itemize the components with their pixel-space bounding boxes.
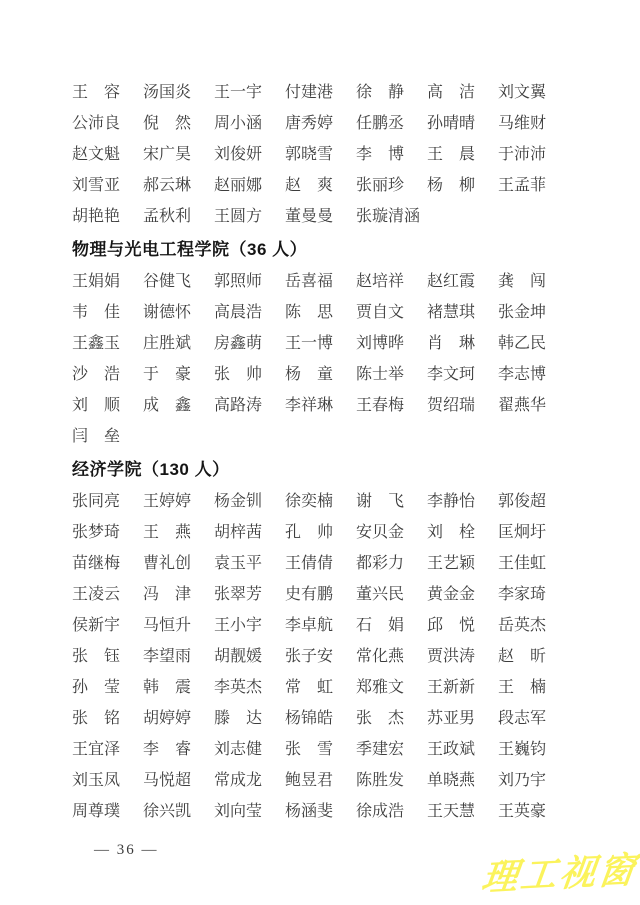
student-name: 贾洪涛 (427, 643, 475, 666)
student-name: 李睿 (143, 736, 191, 759)
student-name: 汤国炎 (143, 79, 191, 102)
student-name: 刘博晔 (356, 330, 404, 353)
student-name: 王容 (72, 79, 120, 102)
name-row: 胡艳艳孟秋利王圆方董曼曼张璇清涵 (72, 199, 640, 230)
student-name: 王娟娟 (72, 268, 120, 291)
student-name: 刘俊妍 (214, 141, 262, 164)
document-page: 王容汤国炎王一宇付建港徐静高洁刘文翼公沛良倪然周小涵唐秀婷任鹏丞孙晴晴马维财赵文… (0, 0, 640, 905)
student-name: 苏亚男 (427, 705, 475, 728)
student-name: 张璇清涵 (356, 203, 420, 226)
student-name: 唐秀婷 (285, 110, 333, 133)
student-name: 杨涵斐 (285, 798, 333, 821)
student-name: 刘玉凤 (72, 767, 120, 790)
student-name: 匡炯圩 (498, 519, 546, 542)
student-name: 李文珂 (427, 361, 475, 384)
student-name: 张钰 (72, 643, 120, 666)
student-name: 谢飞 (356, 488, 404, 511)
student-name: 周尊璞 (72, 798, 120, 821)
student-name: 于豪 (143, 361, 191, 384)
student-name: 任鹏丞 (356, 110, 404, 133)
student-name: 孔帅 (285, 519, 333, 542)
student-name: 曹礼创 (143, 550, 191, 573)
student-name: 李家琦 (498, 581, 546, 604)
student-name: 王英豪 (498, 798, 546, 821)
name-row: 刘雪亚郝云琳赵丽娜赵爽张丽珍杨柳王孟菲 (72, 168, 640, 199)
student-name: 刘乃宇 (498, 767, 546, 790)
student-name: 季建宏 (356, 736, 404, 759)
student-name: 滕达 (214, 705, 262, 728)
student-name: 贾自文 (356, 299, 404, 322)
student-name: 成鑫 (143, 392, 191, 415)
student-name: 徐奕楠 (285, 488, 333, 511)
student-name: 董曼曼 (285, 203, 333, 226)
student-name: 庄胜斌 (143, 330, 191, 353)
name-row: 沙浩于豪张帅杨童陈士举李文珂李志博 (72, 357, 640, 388)
student-name: 马悦超 (143, 767, 191, 790)
name-row: 王娟娟谷健飞郭照师岳喜福赵培祥赵红霞龚闯 (72, 264, 640, 295)
student-name: 李英杰 (214, 674, 262, 697)
student-name: 贺绍瑞 (427, 392, 475, 415)
student-name: 刘雪亚 (72, 172, 120, 195)
student-name: 侯新宇 (72, 612, 120, 635)
student-name: 王艺颖 (427, 550, 475, 573)
student-name: 高洁 (427, 79, 475, 102)
name-row: 王鑫玉庄胜斌房鑫萌王一博刘博晔肖琳韩乙民 (72, 326, 640, 357)
student-name: 赵昕 (498, 643, 546, 666)
student-name: 韩乙民 (498, 330, 546, 353)
student-name: 张杰 (356, 705, 404, 728)
student-name: 胡靓媛 (214, 643, 262, 666)
section-header: 物理与光电工程学院（36 人） (72, 230, 640, 264)
student-name: 郭晓雪 (285, 141, 333, 164)
student-name: 史有鹏 (285, 581, 333, 604)
name-row: 侯新宇马恒升王小宇李卓航石娟邱悦岳英杰 (72, 608, 640, 639)
student-name: 付建港 (285, 79, 333, 102)
student-name: 郭照师 (214, 268, 262, 291)
student-name: 杨金钏 (214, 488, 262, 511)
student-name: 刘志健 (214, 736, 262, 759)
student-name: 杨锦皓 (285, 705, 333, 728)
student-name: 陈士举 (356, 361, 404, 384)
student-name: 冯津 (143, 581, 191, 604)
student-name: 王佳虹 (498, 550, 546, 573)
name-row: 刘顺成鑫高路涛李祥琳王春梅贺绍瑞翟燕华 (72, 388, 640, 419)
student-name: 公沛良 (72, 110, 120, 133)
student-name: 孙莹 (72, 674, 120, 697)
student-name: 赵丽娜 (214, 172, 262, 195)
student-name: 王一宇 (214, 79, 262, 102)
student-name: 张帅 (214, 361, 262, 384)
student-name: 王一博 (285, 330, 333, 353)
name-row: 苗继梅曹礼创袁玉平王倩倩都彩力王艺颖王佳虹 (72, 546, 640, 577)
student-name: 李卓航 (285, 612, 333, 635)
student-name: 常成龙 (214, 767, 262, 790)
student-name: 王楠 (498, 674, 546, 697)
name-roster: 王容汤国炎王一宇付建港徐静高洁刘文翼公沛良倪然周小涵唐秀婷任鹏丞孙晴晴马维财赵文… (72, 75, 640, 825)
student-name: 张金坤 (498, 299, 546, 322)
name-row: 王凌云冯津张翠芳史有鹏董兴民黄金金李家琦 (72, 577, 640, 608)
student-name: 邱悦 (427, 612, 475, 635)
student-name: 陈胜发 (356, 767, 404, 790)
student-name: 王新新 (427, 674, 475, 697)
student-name: 李志博 (498, 361, 546, 384)
student-name: 倪然 (143, 110, 191, 133)
student-name: 翟燕华 (498, 392, 546, 415)
student-name: 岳英杰 (498, 612, 546, 635)
student-name: 单晓燕 (427, 767, 475, 790)
student-name: 杨柳 (427, 172, 475, 195)
student-name: 刘栓 (427, 519, 475, 542)
student-name: 王燕 (143, 519, 191, 542)
student-name: 王宜泽 (72, 736, 120, 759)
student-name: 房鑫萌 (214, 330, 262, 353)
student-name: 肖琳 (427, 330, 475, 353)
student-name: 刘顺 (72, 392, 120, 415)
student-name: 胡艳艳 (72, 203, 120, 226)
student-name: 王圆方 (214, 203, 262, 226)
student-name: 安贝金 (356, 519, 404, 542)
student-name: 都彩力 (356, 550, 404, 573)
student-name: 王天慧 (427, 798, 475, 821)
student-name: 陈思 (285, 299, 333, 322)
name-row: 王宜泽李睿刘志健张雪季建宏王政斌王巍钧 (72, 732, 640, 763)
student-name: 高路涛 (214, 392, 262, 415)
name-row: 王容汤国炎王一宇付建港徐静高洁刘文翼 (72, 75, 640, 106)
student-name: 谷健飞 (143, 268, 191, 291)
student-name: 胡梓茜 (214, 519, 262, 542)
student-name: 闫垒 (72, 423, 120, 446)
name-row: 韦佳谢德怀高晨浩陈思贾自文褚慧琪张金坤 (72, 295, 640, 326)
student-name: 孟秋利 (143, 203, 191, 226)
student-name: 董兴民 (356, 581, 404, 604)
student-name: 王春梅 (356, 392, 404, 415)
student-name: 李祥琳 (285, 392, 333, 415)
student-name: 周小涵 (214, 110, 262, 133)
student-name: 赵文魁 (72, 141, 120, 164)
student-name: 韩震 (143, 674, 191, 697)
student-name: 宋广昊 (143, 141, 191, 164)
student-name: 张雪 (285, 736, 333, 759)
student-name: 张子安 (285, 643, 333, 666)
student-name: 张同亮 (72, 488, 120, 511)
student-name: 黄金金 (427, 581, 475, 604)
name-row: 张钰李望雨胡靓媛张子安常化燕贾洪涛赵昕 (72, 639, 640, 670)
student-name: 胡婷婷 (143, 705, 191, 728)
name-row: 周尊璞徐兴凯刘向莹杨涵斐徐成浩王天慧王英豪 (72, 794, 640, 825)
name-row: 闫垒 (72, 419, 640, 450)
name-row: 公沛良倪然周小涵唐秀婷任鹏丞孙晴晴马维财 (72, 106, 640, 137)
student-name: 王鑫玉 (72, 330, 120, 353)
student-name: 鲍昱君 (285, 767, 333, 790)
student-name: 张铭 (72, 705, 120, 728)
student-name: 于沛沛 (498, 141, 546, 164)
student-name: 王孟菲 (498, 172, 546, 195)
student-name: 王婷婷 (143, 488, 191, 511)
student-name: 沙浩 (72, 361, 120, 384)
student-name: 王倩倩 (285, 550, 333, 573)
name-row: 张梦琦王燕胡梓茜孔帅安贝金刘栓匡炯圩 (72, 515, 640, 546)
student-name: 韦佳 (72, 299, 120, 322)
section-header: 经济学院（130 人） (72, 450, 640, 484)
student-name: 常化燕 (356, 643, 404, 666)
student-name: 龚闯 (498, 268, 546, 291)
student-name: 刘文翼 (498, 79, 546, 102)
student-name: 王小宇 (214, 612, 262, 635)
student-name: 李望雨 (143, 643, 191, 666)
student-name: 张翠芳 (214, 581, 262, 604)
student-name: 王凌云 (72, 581, 120, 604)
student-name: 郝云琳 (143, 172, 191, 195)
name-row: 孙莹韩震李英杰常虹郑雅文王新新王楠 (72, 670, 640, 701)
student-name: 袁玉平 (214, 550, 262, 573)
student-name: 石娟 (356, 612, 404, 635)
student-name: 马维财 (498, 110, 546, 133)
scanned-document-page: { "document": { "sections": [ { "header"… (0, 0, 640, 905)
student-name: 赵培祥 (356, 268, 404, 291)
student-name: 赵红霞 (427, 268, 475, 291)
student-name: 郑雅文 (356, 674, 404, 697)
watermark-logo: 理工视窗 (479, 842, 640, 902)
student-name: 徐兴凯 (143, 798, 191, 821)
student-name: 杨童 (285, 361, 333, 384)
student-name: 孙晴晴 (427, 110, 475, 133)
name-row: 张铭胡婷婷滕达杨锦皓张杰苏亚男段志军 (72, 701, 640, 732)
student-name: 张丽珍 (356, 172, 404, 195)
student-name: 常虹 (285, 674, 333, 697)
student-name: 岳喜福 (285, 268, 333, 291)
student-name: 马恒升 (143, 612, 191, 635)
student-name: 徐静 (356, 79, 404, 102)
name-row: 张同亮王婷婷杨金钏徐奕楠谢飞李静怡郭俊超 (72, 484, 640, 515)
student-name: 赵爽 (285, 172, 333, 195)
student-name: 段志军 (498, 705, 546, 728)
student-name: 刘向莹 (214, 798, 262, 821)
student-name: 谢德怀 (143, 299, 191, 322)
student-name: 苗继梅 (72, 550, 120, 573)
student-name: 王政斌 (427, 736, 475, 759)
name-row: 赵文魁宋广昊刘俊妍郭晓雪李博王晨于沛沛 (72, 137, 640, 168)
name-row: 刘玉凤马悦超常成龙鲍昱君陈胜发单晓燕刘乃宇 (72, 763, 640, 794)
student-name: 高晨浩 (214, 299, 262, 322)
student-name: 褚慧琪 (427, 299, 475, 322)
student-name: 李静怡 (427, 488, 475, 511)
student-name: 郭俊超 (498, 488, 546, 511)
student-name: 王晨 (427, 141, 475, 164)
student-name: 张梦琦 (72, 519, 120, 542)
student-name: 王巍钧 (498, 736, 546, 759)
student-name: 李博 (356, 141, 404, 164)
student-name: 徐成浩 (356, 798, 404, 821)
